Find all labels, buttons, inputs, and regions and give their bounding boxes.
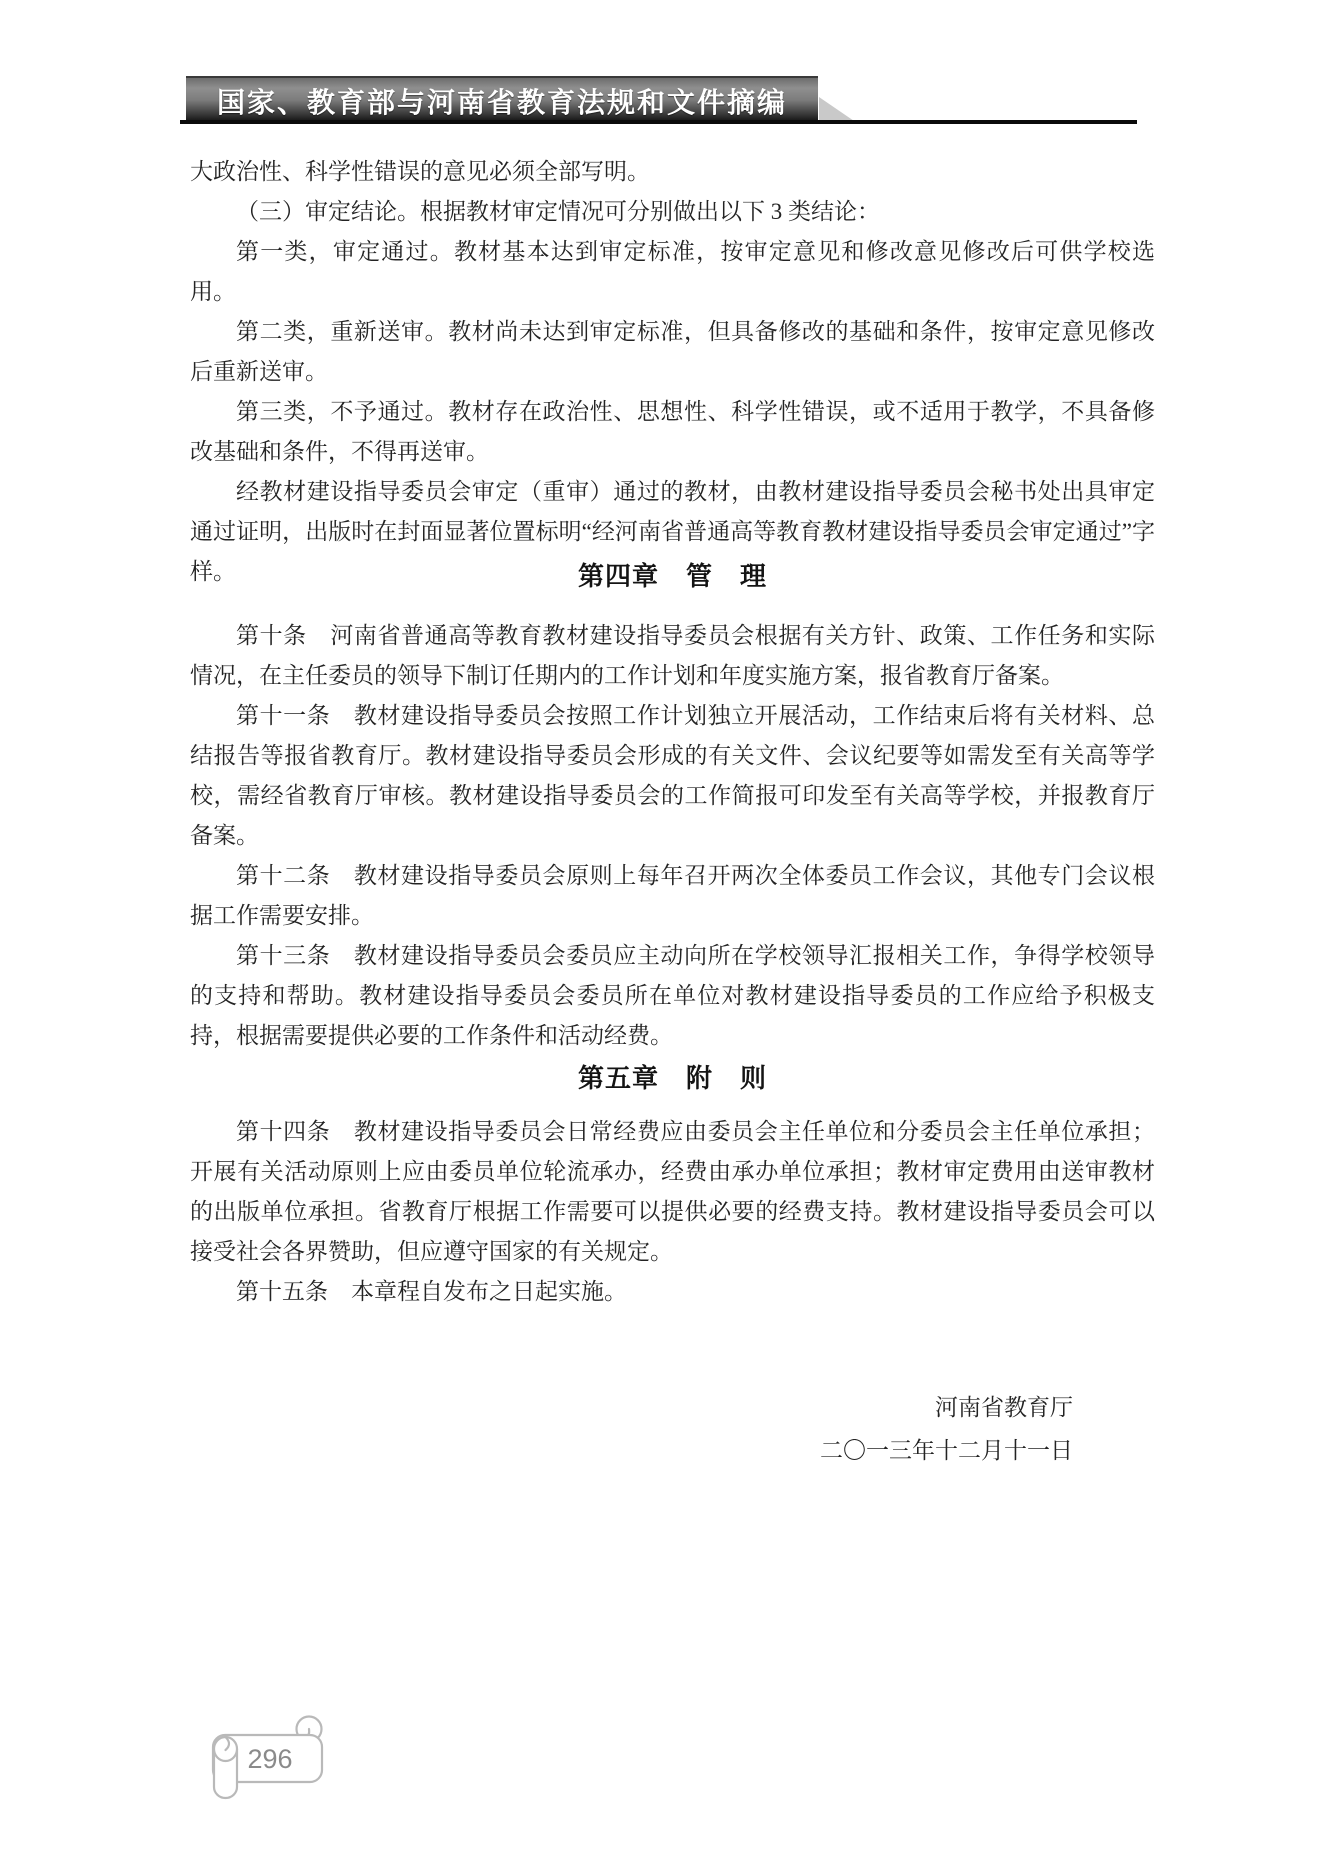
paragraph-article-10: 第十条 河南省普通高等教育教材建设指导委员会根据有关方针、政策、工作任务和实际情…	[190, 616, 1155, 696]
chapter4-heading: 第四章 管 理	[190, 556, 1155, 596]
page-number: 296	[247, 1744, 292, 1774]
body-section-chapter5: 第十四条 教材建设指导委员会日常经费应由委员会主任单位和分委员会主任单位承担；开…	[190, 1112, 1155, 1312]
paragraph-review-conclusion: （三）审定结论。根据教材审定情况可分别做出以下 3 类结论：	[190, 192, 1155, 232]
paragraph-category-2: 第二类，重新送审。教材尚未达到审定标准，但具备修改的基础和条件，按审定意见修改后…	[190, 312, 1155, 392]
signature-date: 二〇一三年十二月十一日	[190, 1429, 1073, 1472]
chapter5-heading: 第五章 附 则	[190, 1058, 1155, 1098]
paragraph-article-12: 第十二条 教材建设指导委员会原则上每年召开两次全体委员工作会议，其他专门会议根据…	[190, 856, 1155, 936]
paragraph-article-11: 第十一条 教材建设指导委员会按照工作计划独立开展活动，工作结束后将有关材料、总结…	[190, 696, 1155, 856]
paragraph-article-13: 第十三条 教材建设指导委员会委员应主动向所在学校领导汇报相关工作，争得学校领导的…	[190, 936, 1155, 1056]
paragraph-category-1: 第一类，审定通过。教材基本达到审定标准，按审定意见和修改意见修改后可供学校选用。	[190, 232, 1155, 312]
body-section-intro: 大政治性、科学性错误的意见必须全部写明。 （三）审定结论。根据教材审定情况可分别…	[190, 152, 1155, 592]
body-section-chapter4: 第十条 河南省普通高等教育教材建设指导委员会根据有关方针、政策、工作任务和实际情…	[190, 616, 1155, 1056]
paragraph-article-14: 第十四条 教材建设指导委员会日常经费应由委员会主任单位和分委员会主任单位承担；开…	[190, 1112, 1155, 1272]
paragraph-continuation: 大政治性、科学性错误的意见必须全部写明。	[190, 152, 1155, 192]
signature-organization: 河南省教育厅	[190, 1386, 1073, 1429]
document-page: 国家、教育部与河南省教育法规和文件摘编 大政治性、科学性错误的意见必须全部写明。…	[0, 0, 1323, 1871]
header-rule-line	[180, 120, 1137, 124]
paragraph-article-15: 第十五条 本章程自发布之日起实施。	[190, 1272, 1155, 1312]
header-banner: 国家、教育部与河南省教育法规和文件摘编	[186, 76, 818, 124]
paragraph-category-3: 第三类，不予通过。教材存在政治性、思想性、科学性错误，或不适用于教学，不具备修改…	[190, 392, 1155, 472]
signature-block: 河南省教育厅 二〇一三年十二月十一日	[190, 1386, 1155, 1472]
page-number-scroll-icon: 296	[206, 1706, 331, 1808]
banner-title: 国家、教育部与河南省教育法规和文件摘编	[217, 81, 787, 121]
